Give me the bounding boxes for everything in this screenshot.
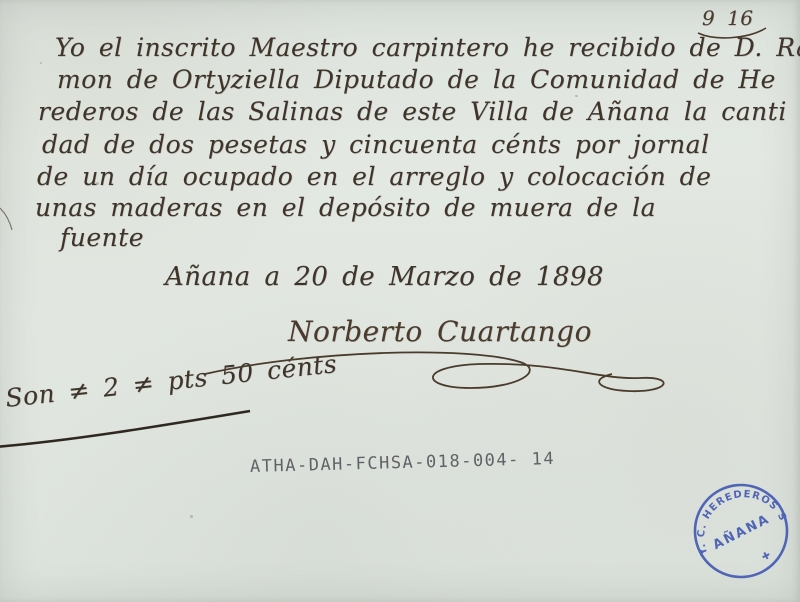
- body-line: mon de Ortyziella Diputado de la Comunid…: [57, 65, 776, 94]
- stamp-arc-text: Y. C. HEREDEROS SALINAS: [667, 457, 789, 568]
- body-line: fuente: [60, 223, 144, 252]
- stamp-center-text: AÑANA: [710, 511, 772, 553]
- body-line: de un día ocupado en el arreglo y coloca…: [37, 162, 711, 191]
- body-line: unas maderas en el depósito de muera de …: [35, 193, 656, 222]
- folio-number-annotation: 9 16: [702, 6, 754, 30]
- rubber-stamp: Y. C. HEREDEROS SALINAS AÑANA ✚: [667, 457, 800, 602]
- body-line: dad de dos pesetas y cincuenta cénts por…: [42, 130, 710, 159]
- paper-speck: [190, 515, 193, 518]
- stamp-bottom-mark: ✚: [760, 550, 772, 564]
- amount-note: Son ≠ 2 ≠ pts 50 cénts: [4, 349, 338, 413]
- stray-ink-mark: [0, 208, 12, 230]
- body-line: Yo el inscrito Maestro carpintero he rec…: [55, 33, 800, 62]
- archive-reference-code: ATHA-DAH-FCHSA-018-004- 14: [250, 449, 556, 477]
- body-line: rederos de las Salinas de este Villa de …: [38, 97, 787, 126]
- amount-underline-stroke: [0, 411, 250, 447]
- paper-speck: [40, 62, 42, 64]
- dateline: Añana a 20 de Marzo de 1898: [165, 262, 604, 292]
- signature-name: Norberto Cuartango: [288, 315, 592, 348]
- scanned-receipt-page: 9 16 Yo el inscrito Maestro carpintero h…: [0, 0, 800, 602]
